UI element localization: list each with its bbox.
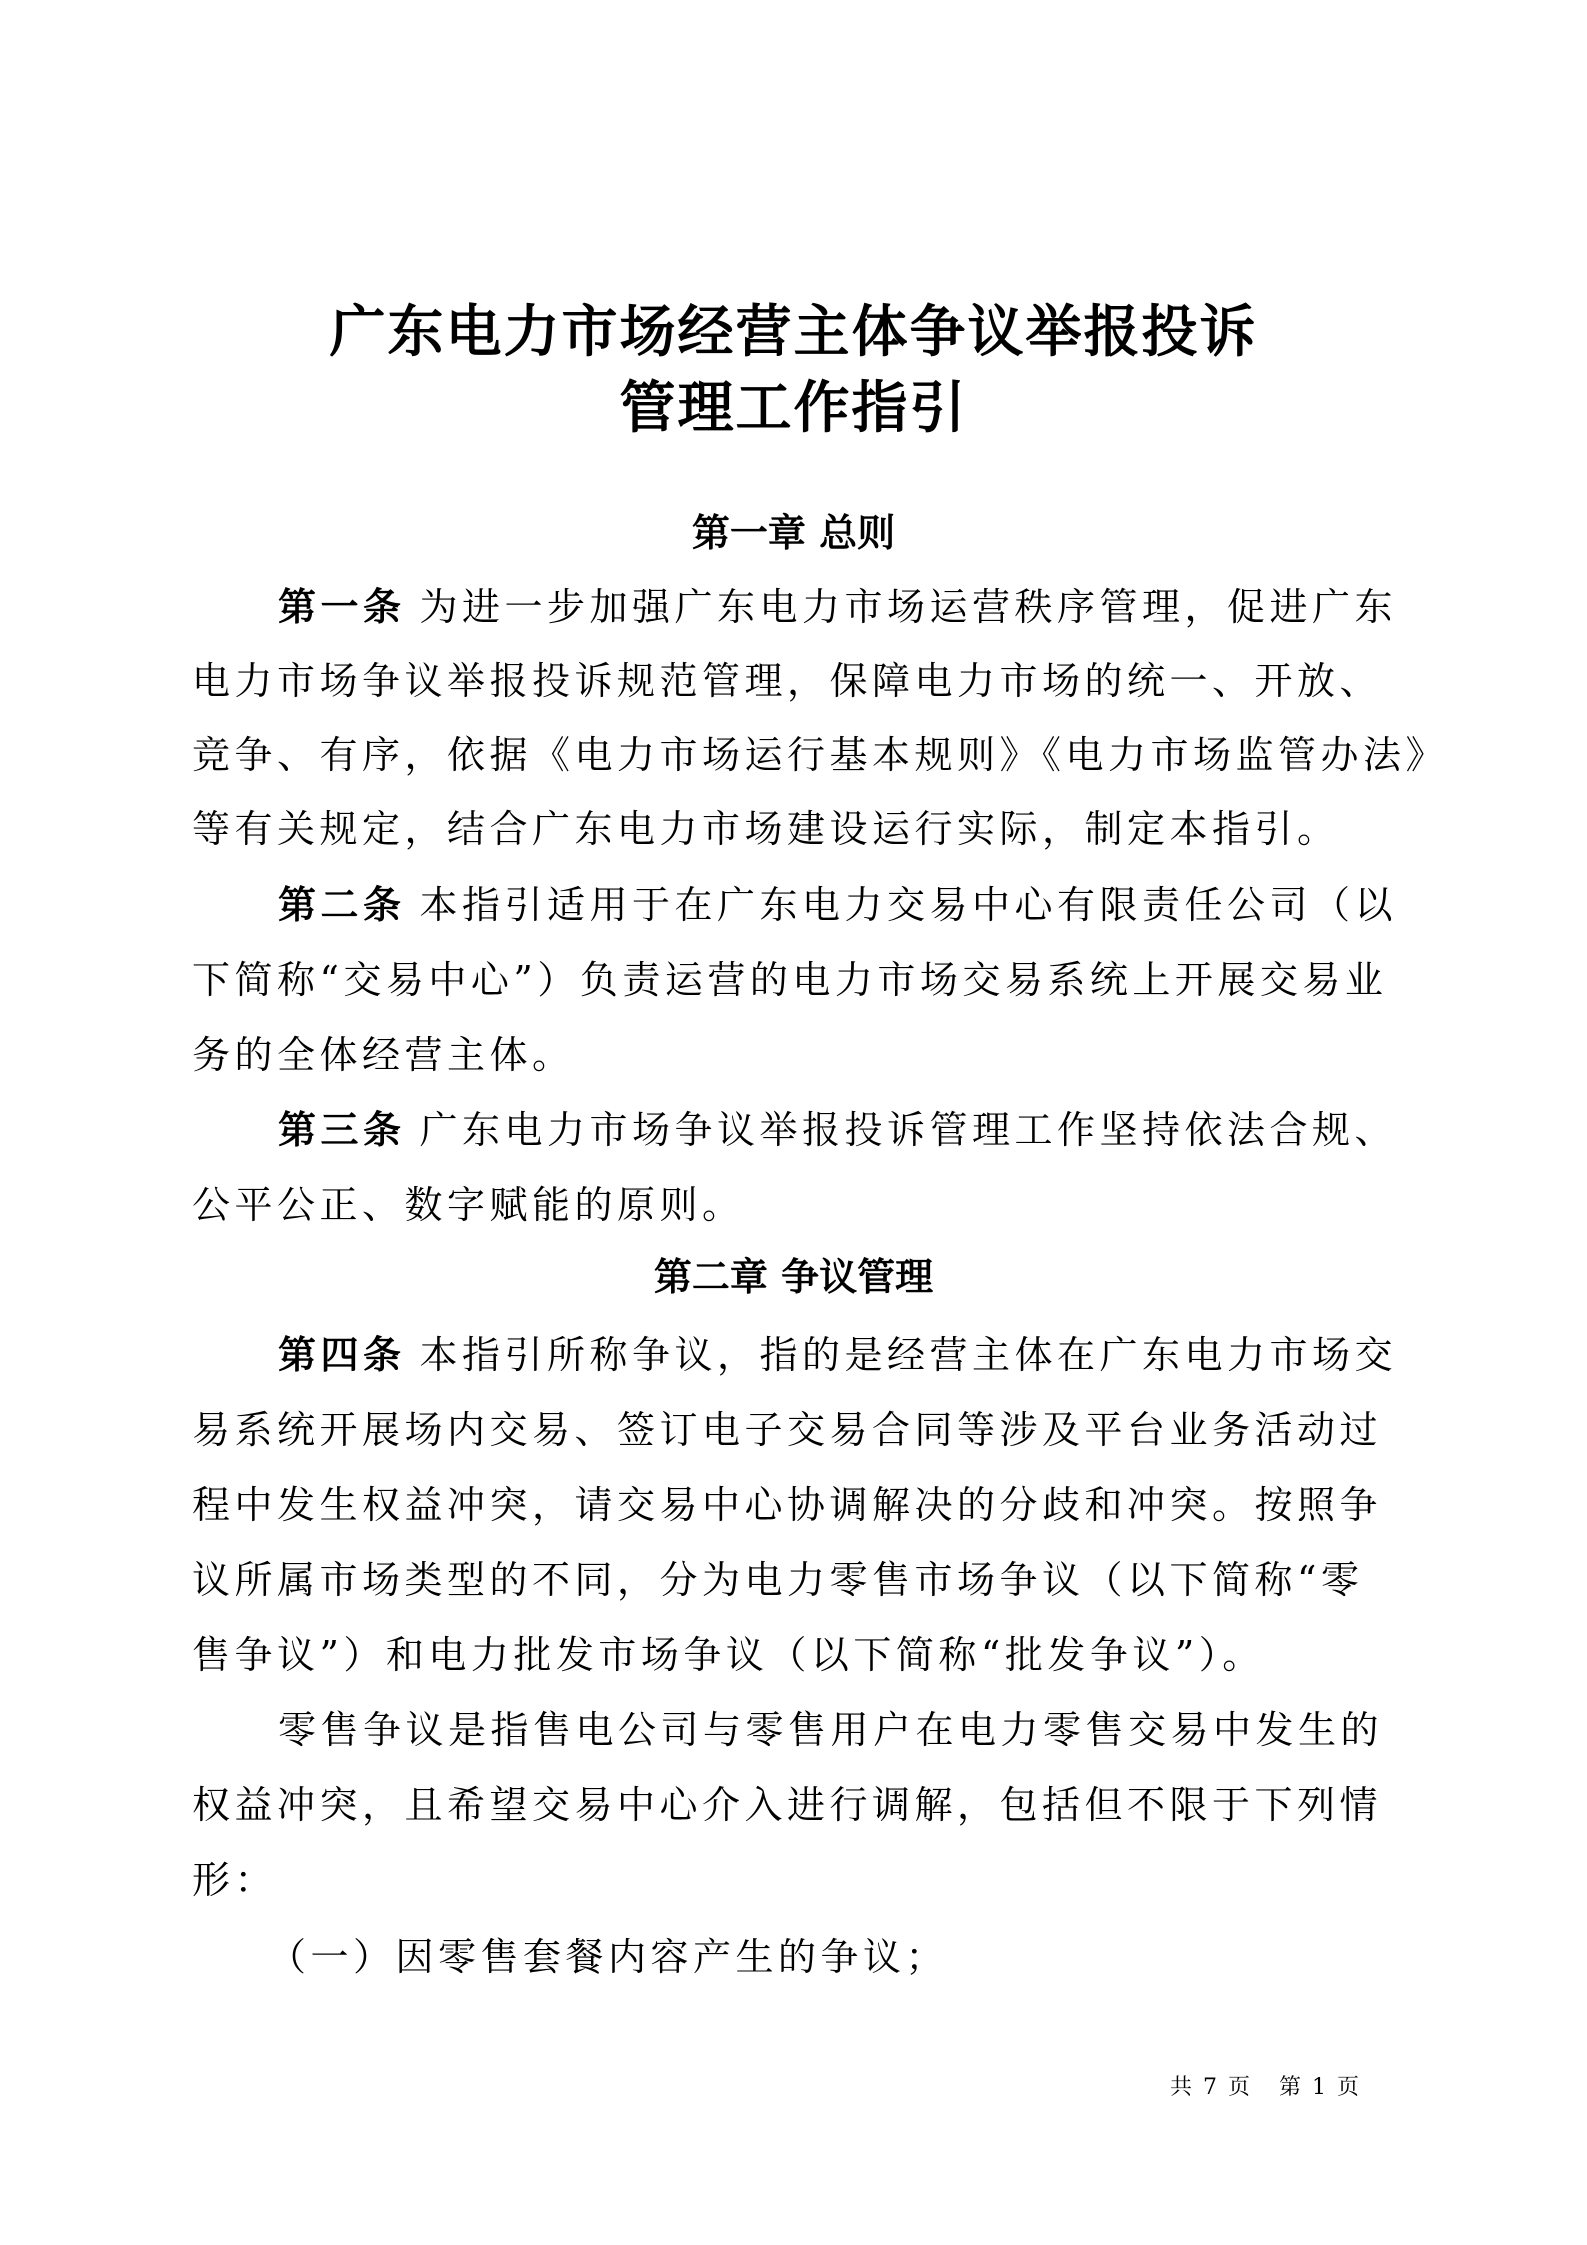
article-4-line-1: 第四条本指引所称争议，指的是经营主体在广东电力市场交: [278, 1330, 1498, 1380]
retail-paragraph-line-2: 权益冲突，且希望交易中心介入进行调解，包括但不限于下列情: [192, 1780, 1412, 1830]
chapter-heading-1: 第一章 总则: [0, 508, 1587, 558]
article-label: 第四条: [278, 1333, 406, 1377]
article-4-line-4: 议所属市场类型的不同，分为电力零售市场争议（以下简称“零: [192, 1555, 1412, 1605]
article-4-line-2: 易系统开展场内交易、签订电子交易合同等涉及平台业务活动过: [192, 1405, 1412, 1455]
article-2-line-2: 下简称“交易中心”）负责运营的电力市场交易系统上开展交易业: [192, 955, 1412, 1005]
article-2-line-3: 务的全体经营主体。: [192, 1030, 1412, 1080]
article-1-line-1: 第一条为进一步加强广东电力市场运营秩序管理，促进广东: [278, 582, 1498, 632]
article-label: 第一条: [278, 585, 406, 629]
article-2-line-1: 第二条本指引适用于在广东电力交易中心有限责任公司（以: [278, 880, 1498, 930]
document-title-line2: 管理工作指引: [0, 374, 1587, 444]
article-4-line-5: 售争议”）和电力批发市场争议（以下简称“批发争议”）。: [192, 1630, 1412, 1680]
retail-paragraph-line-3: 形：: [192, 1855, 1412, 1905]
article-label: 第三条: [278, 1108, 406, 1152]
retail-paragraph-line-1: 零售争议是指售电公司与零售用户在电力零售交易中发生的: [278, 1705, 1498, 1755]
article-label: 第二条: [278, 883, 406, 927]
chapter-heading-2: 第二章 争议管理: [0, 1252, 1587, 1302]
article-3-line-2: 公平公正、数字赋能的原则。: [192, 1180, 1412, 1230]
article-1-line-3: 竞争、有序，依据《电力市场运行基本规则》《电力市场监管办法》: [192, 730, 1412, 780]
page-number-footer: 共 7 页 第 1 页: [1170, 2070, 1361, 2101]
article-3-line-1: 第三条广东电力市场争议举报投诉管理工作坚持依法合规、: [278, 1105, 1498, 1155]
article-1-line-2: 电力市场争议举报投诉规范管理，保障电力市场的统一、开放、: [192, 656, 1412, 706]
list-item-1: （一）因零售套餐内容产生的争议；: [268, 1932, 1488, 1982]
article-1-line-4: 等有关规定，结合广东电力市场建设运行实际，制定本指引。: [192, 804, 1412, 854]
document-title-line1: 广东电力市场经营主体争议举报投诉: [0, 298, 1587, 368]
article-4-line-3: 程中发生权益冲突，请交易中心协调解决的分歧和冲突。按照争: [192, 1480, 1412, 1530]
